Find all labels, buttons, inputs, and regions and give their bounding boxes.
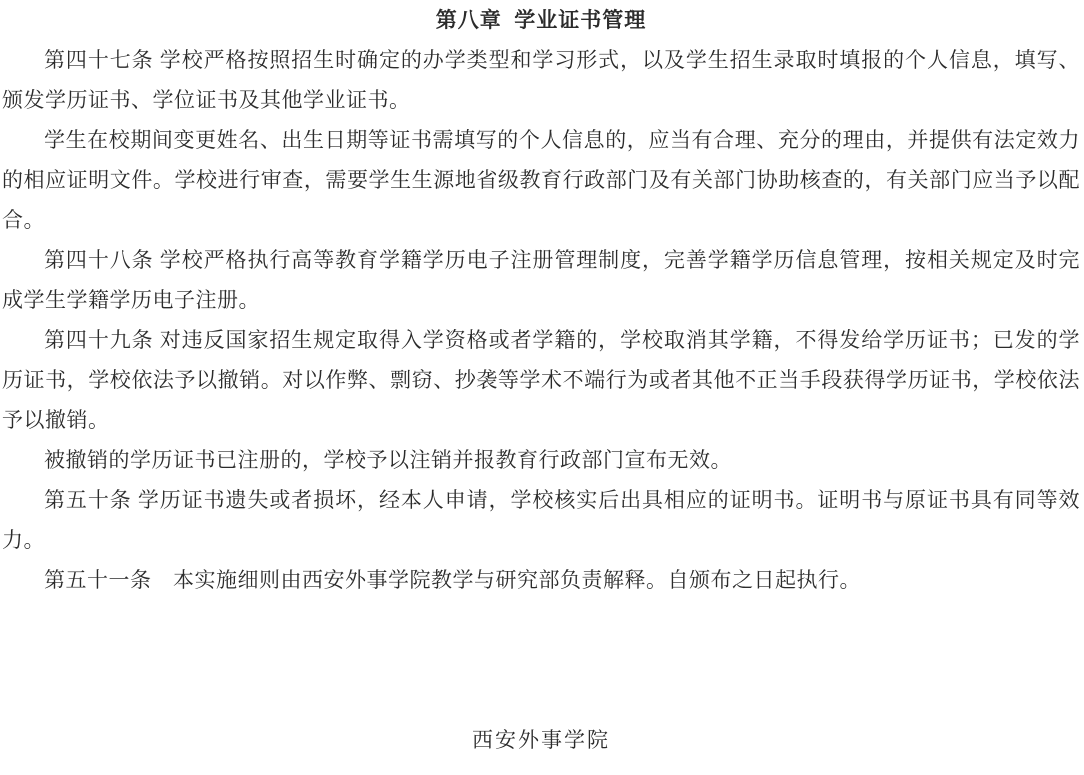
paragraph-article-49-supplement: 被撤销的学历证书已注册的，学校予以注销并报教育行政部门宣布无效。: [2, 440, 1080, 480]
paragraph-article-47-supplement: 学生在校期间变更姓名、出生日期等证书需填写的个人信息的，应当有合理、充分的理由，…: [2, 120, 1080, 240]
institution-signature: 西安外事学院: [2, 720, 1080, 760]
chapter-title: 第八章 学业证书管理: [2, 0, 1080, 40]
paragraph-article-47: 第四十七条 学校严格按照招生时确定的办学类型和学习形式，以及学生招生录取时填报的…: [2, 40, 1080, 120]
document-body: 第四十七条 学校严格按照招生时确定的办学类型和学习形式，以及学生招生录取时填报的…: [2, 40, 1080, 600]
paragraph-article-49: 第四十九条 对违反国家招生规定取得入学资格或者学籍的，学校取消其学籍，不得发给学…: [2, 320, 1080, 440]
paragraph-article-48: 第四十八条 学校严格执行高等教育学籍学历电子注册管理制度，完善学籍学历信息管理，…: [2, 240, 1080, 320]
paragraph-article-50: 第五十条 学历证书遗失或者损坏，经本人申请，学校核实后出具相应的证明书。证明书与…: [2, 480, 1080, 560]
paragraph-article-51: 第五十一条 本实施细则由西安外事学院教学与研究部负责解释。自颁布之日起执行。: [2, 560, 1080, 600]
document-page: 第八章 学业证书管理 第四十七条 学校严格按照招生时确定的办学类型和学习形式，以…: [0, 0, 1084, 775]
